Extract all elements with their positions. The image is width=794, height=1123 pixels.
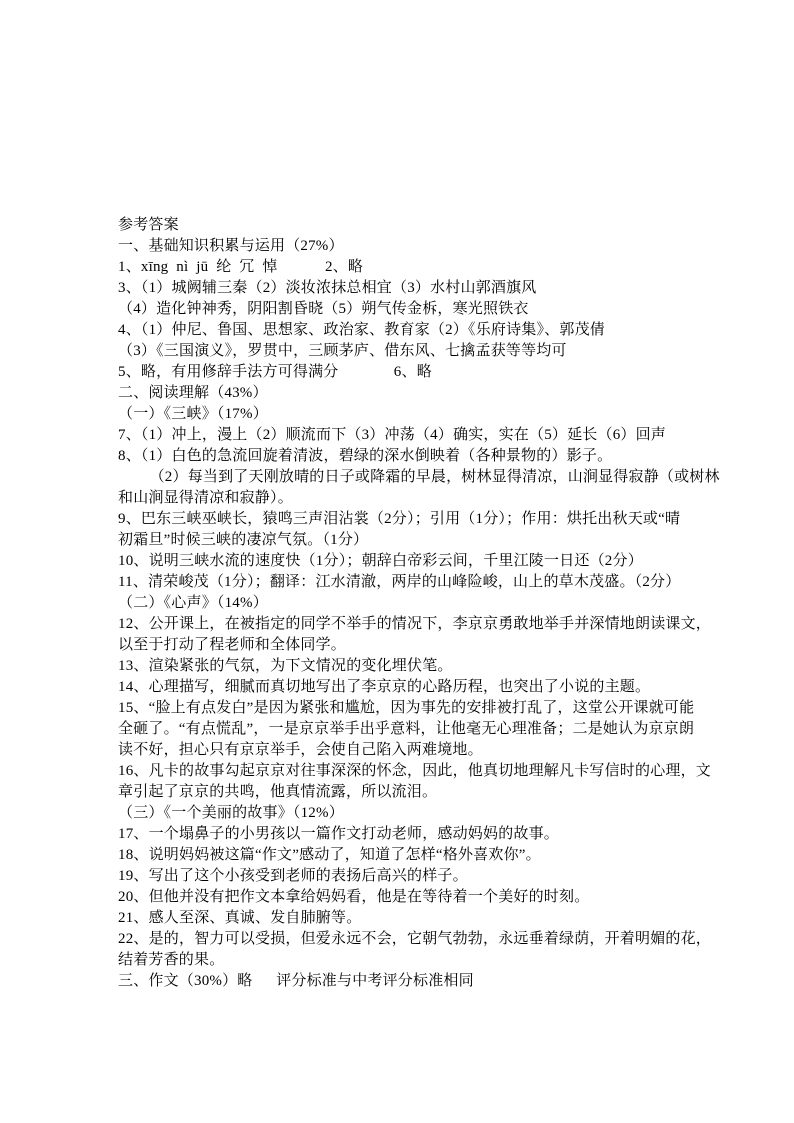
text-line: 11、清荣峻茂（1分）；翻译：江水清澈，两岸的山峰险峻，山上的草木茂盛。（2分） [118, 572, 758, 593]
text-line: 4、（1）仲尼、鲁国、思想家、政治家、教育家（2）《乐府诗集》、郭茂倩 [118, 320, 758, 341]
text-line: 9、巴东三峡巫峡长，猿鸣三声泪沾裳（2分）；引用（1分）；作用：烘托出秋天或“晴 [118, 509, 758, 530]
text-line: 18、说明妈妈被这篇“作文”感动了，知道了怎样“格外喜欢你”。 [118, 845, 758, 866]
text-line: 19、写出了这个小孩受到老师的表扬后高兴的样子。 [118, 866, 758, 887]
text-line: 读不好，担心只有京京举手，会使自己陷入两难境地。 [118, 740, 758, 761]
text-line: 结着芳香的果。 [118, 950, 758, 971]
text-line: 三、作文（30%）略 评分标准与中考评分标准相同 [118, 971, 758, 992]
text-line: 14、心理描写，细腻而真切地写出了李京京的心路历程，也突出了小说的主题。 [118, 677, 758, 698]
text-line: 参考答案 [118, 215, 758, 236]
text-line: （2）每当到了天刚放晴的日子或降霜的早晨，树林显得清凉，山涧显得寂静（或树林 [118, 467, 758, 488]
text-line: 3、（1）城阙辅三秦（2）淡妆浓抹总相宜（3）水村山郭酒旗风 [118, 278, 758, 299]
text-line: 16、凡卡的故事勾起京京对往事深深的怀念，因此，他真切地理解凡卡写信时的心理，文 [118, 761, 758, 782]
text-line: （三）《一个美丽的故事》（12%） [118, 803, 758, 824]
text-line: 二、阅读理解（43%） [118, 383, 758, 404]
text-line: 20、但他并没有把作文本拿给妈妈看，他是在等待着一个美好的时刻。 [118, 887, 758, 908]
text-line: （二）《心声》（14%） [118, 593, 758, 614]
text-line: （3）《三国演义》，罗贯中，三顾茅庐、借东风、七擒孟获等等均可 [118, 341, 758, 362]
text-line: 10、说明三峡水流的速度快（1分）；朝辞白帝彩云间，千里江陵一日还（2分） [118, 551, 758, 572]
text-line: 15、“脸上有点发白”是因为紧张和尴尬，因为事先的安排被打乱了，这堂公开课就可能 [118, 698, 758, 719]
text-line: （一）《三峡》（17%） [118, 404, 758, 425]
text-line: 17、一个塌鼻子的小男孩以一篇作文打动老师，感动妈妈的故事。 [118, 824, 758, 845]
text-line: 全砸了。“有点慌乱”，一是京京举手出乎意料，让他毫无心理准备；二是她认为京京朗 [118, 719, 758, 740]
text-line: 和山涧显得清凉和寂静）。 [118, 488, 758, 509]
text-line: 21、感人至深、真诚、发自肺腑等。 [118, 908, 758, 929]
text-line: 7、（1）冲上，漫上（2）顺流而下（3）冲荡（4）确实，实在（5）延长（6）回声 [118, 425, 758, 446]
text-line: 初霜旦”时候三峡的凄凉气氛。（1分） [118, 530, 758, 551]
text-line: 22、是的，智力可以受损，但爱永远不会，它朝气勃勃，永远垂着绿荫，开着明媚的花， [118, 929, 758, 950]
text-line: 1、xīng nì jū 纶 冗 悼 2、略 [118, 257, 758, 278]
text-line: 8、（1）白色的急流回旋着清波，碧绿的深水倒映着（各种景物的）影子。 [118, 446, 758, 467]
text-line: 13、渲染紧张的气氛，为下文情况的变化埋伏笔。 [118, 656, 758, 677]
text-line: 以至于打动了程老师和全体同学。 [118, 635, 758, 656]
text-line: （4）造化钟神秀，阴阳割昏晓（5）朔气传金柝，寒光照铁衣 [118, 299, 758, 320]
document-page: 参考答案一、基础知识积累与运用（27%）1、xīng nì jū 纶 冗 悼 2… [0, 0, 794, 1123]
text-line: 章引起了京京的共鸣，他真情流露，所以流泪。 [118, 782, 758, 803]
text-line: 12、公开课上，在被指定的同学不举手的情况下，李京京勇敢地举手并深情地朗读课文， [118, 614, 758, 635]
text-line: 5、略，有用修辞手法方可得满分 6、略 [118, 362, 758, 383]
text-line: 一、基础知识积累与运用（27%） [118, 236, 758, 257]
document-content: 参考答案一、基础知识积累与运用（27%）1、xīng nì jū 纶 冗 悼 2… [118, 215, 758, 992]
